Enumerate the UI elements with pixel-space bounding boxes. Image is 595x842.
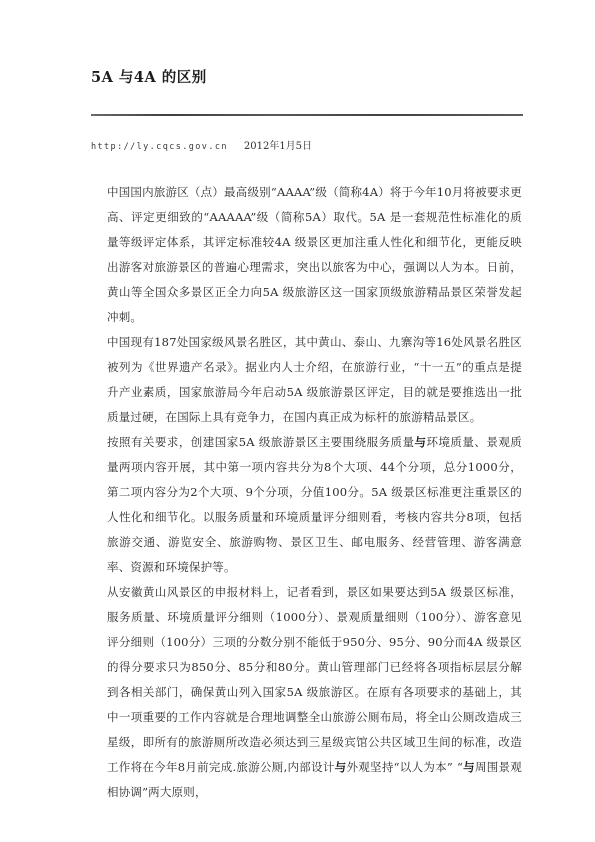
paragraph-segment-bold: 与	[463, 760, 475, 774]
paragraph-segment: 环境质量、景观质量两项内容开展，其中第一项内容共分为8个大项、44个分项，总分1…	[107, 435, 522, 574]
article-body: 中国国内旅游区（点）最高级别“AAAA”级（简称4A）将于今年10月将被要求更高…	[107, 180, 522, 805]
article-paragraph: 从安徽黄山风景区的申报材料上，记者看到，景区如果要达到5A 级景区标准，服务质量…	[107, 580, 522, 805]
paragraph-segment: 从安徽黄山风景区的申报材料上，记者看到，景区如果要达到5A 级景区标准，服务质量…	[107, 585, 522, 774]
paragraph-segment: 外观坚持“以人为本” “	[346, 760, 463, 774]
paragraph-segment-bold: 与	[335, 760, 347, 774]
paragraph-segment-bold: 与	[415, 435, 427, 449]
paragraph-segment: 中国国内旅游区（点）最高级别“AAAA”级（简称4A）将于今年10月将被要求更高…	[107, 185, 522, 324]
article-paragraph: 中国现有187处国家级风景名胜区，其中黄山、泰山、九寨沟等16处风景名胜区被列为…	[107, 330, 522, 430]
document-page: 5A 与4A 的区别 http://ly.cqcs.gov.cn2012年1月5…	[0, 0, 595, 842]
title-divider-rule	[91, 114, 523, 116]
article-paragraph: 按照有关要求，创建国家5A 级旅游景区主要围绕服务质量与环境质量、景观质量两项内…	[107, 430, 522, 580]
article-paragraph: 中国国内旅游区（点）最高级别“AAAA”级（简称4A）将于今年10月将被要求更高…	[107, 180, 522, 330]
paragraph-segment: 按照有关要求，创建国家5A 级旅游景区主要围绕服务质量	[107, 435, 415, 449]
paragraph-segment: 中国现有187处国家级风景名胜区，其中黄山、泰山、九寨沟等16处风景名胜区被列为…	[107, 335, 522, 424]
source-line: http://ly.cqcs.gov.cn2012年1月5日	[91, 134, 312, 153]
source-url: http://ly.cqcs.gov.cn	[91, 142, 228, 152]
article-date: 2012年1月5日	[244, 141, 312, 152]
article-title: 5A 与4A 的区别	[91, 66, 207, 87]
